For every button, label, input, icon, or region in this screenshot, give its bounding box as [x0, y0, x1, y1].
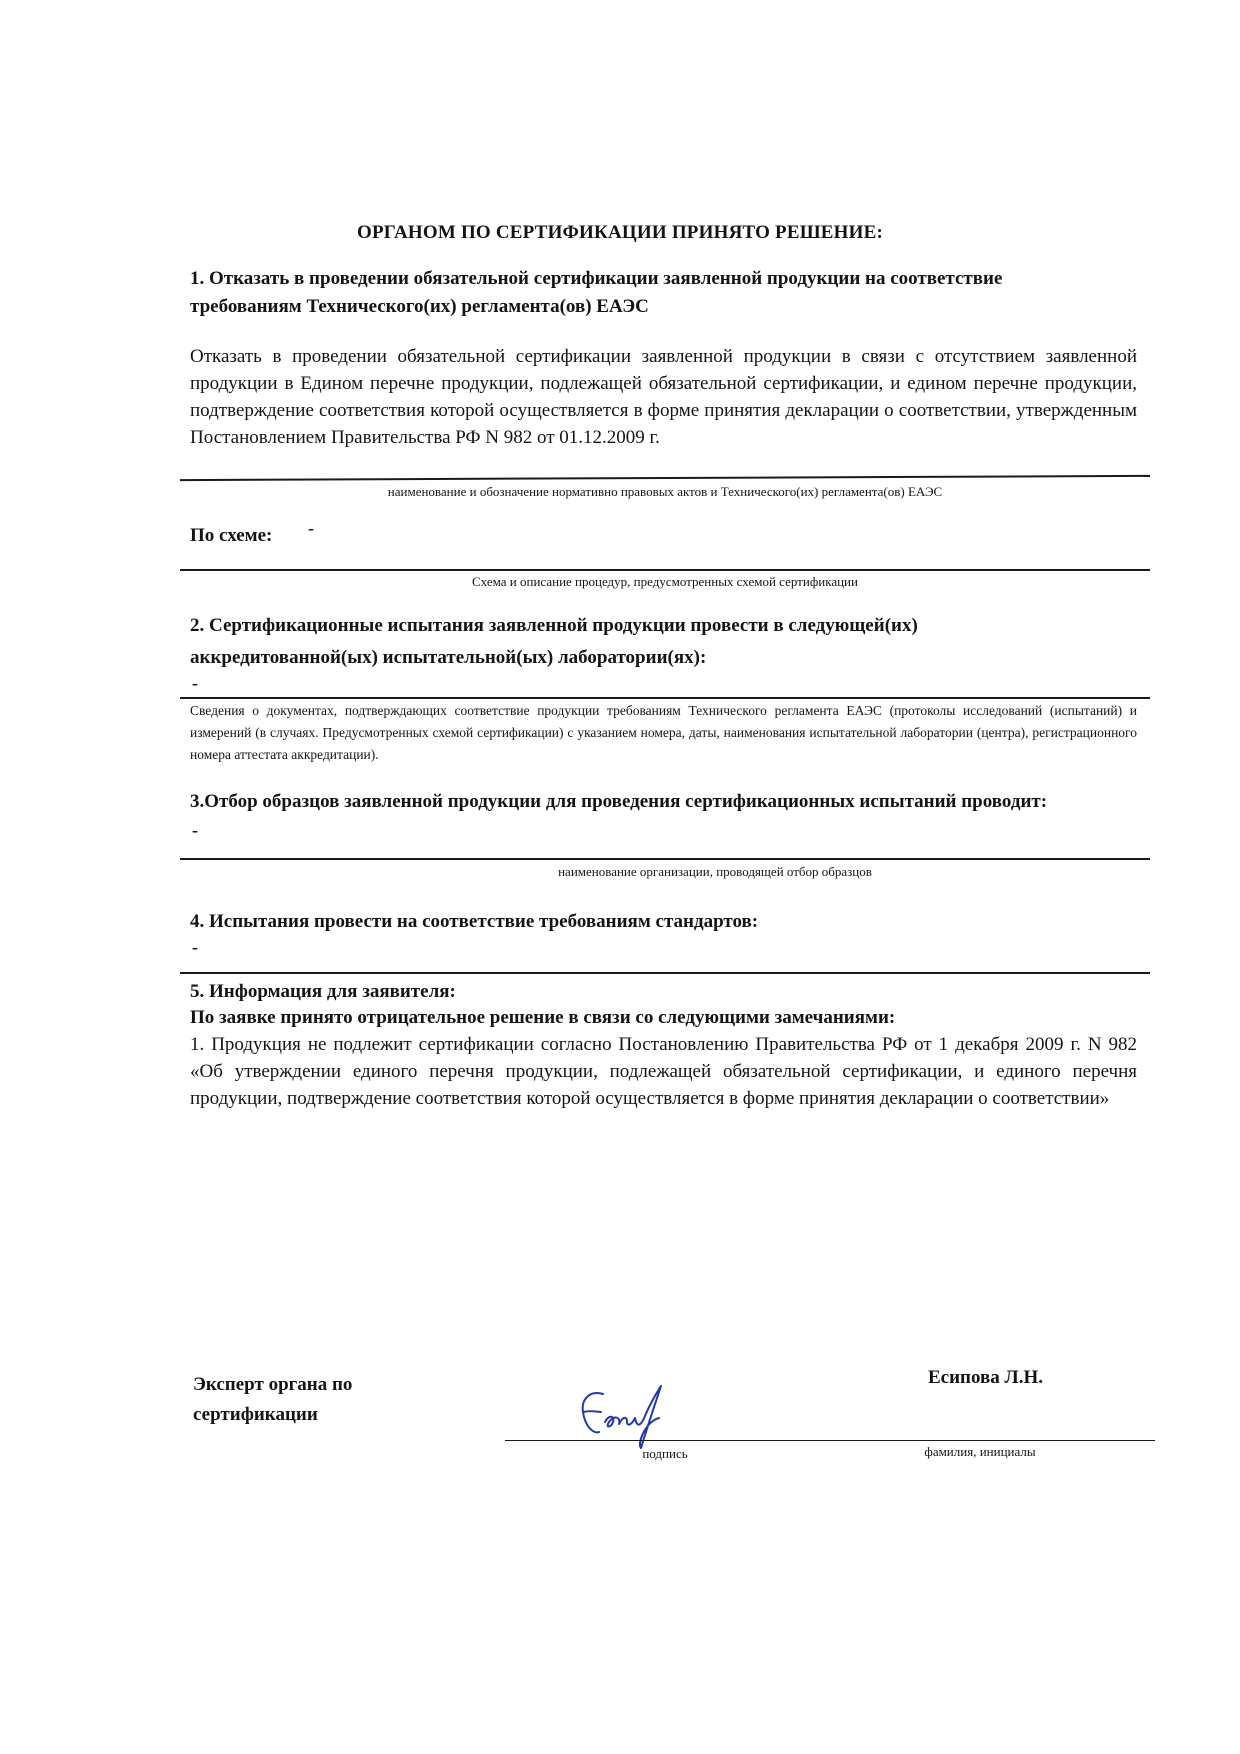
section-1-heading: 1. Отказать в проведении обязательной се… — [190, 265, 1090, 321]
signature-role-line2: сертификации — [193, 1401, 352, 1429]
section-2-heading-line1: 2. Сертификационные испытания заявленной… — [190, 612, 1090, 640]
scheme-caption: Схема и описание процедур, предусмотренн… — [180, 574, 1150, 590]
section-2-heading: 2. Сертификационные испытания заявленной… — [190, 612, 1090, 672]
section-5-subheading: По заявке принято отрицательное решение … — [190, 1004, 895, 1032]
section-3-heading: 3.Отбор образцов заявленной продукции дл… — [190, 788, 1150, 816]
section-2-caption: Сведения о документах, подтверждающих со… — [190, 700, 1137, 766]
section-3-caption: наименование организации, проводящей отб… — [280, 864, 1150, 880]
section-1-heading-line2: требованиям Технического(их) регламента(… — [190, 293, 1090, 321]
section-1-heading-line1: 1. Отказать в проведении обязательной се… — [190, 265, 1090, 293]
section-4-heading: 4. Испытания провести на соответствие тр… — [190, 908, 758, 936]
signature-caption: подпись — [615, 1446, 715, 1462]
section-2-value: - — [192, 673, 198, 694]
signature-line — [505, 1440, 1155, 1441]
name-caption: фамилия, инициалы — [900, 1444, 1060, 1460]
scheme-value: - — [308, 518, 314, 539]
section-1-body: Отказать в проведении обязательной серти… — [190, 343, 1137, 451]
section-3-value: - — [192, 820, 198, 841]
section-1-caption: наименование и обозначение нормативно пр… — [180, 484, 1150, 500]
section-4-divider — [180, 972, 1150, 974]
section-4-value: - — [192, 937, 198, 958]
scheme-divider — [180, 569, 1150, 571]
handwritten-signature — [575, 1382, 705, 1454]
signatory-name: Есипова Л.Н. — [928, 1364, 1043, 1392]
scheme-label: По схеме: — [190, 522, 272, 550]
section-5-heading: 5. Информация для заявителя: — [190, 978, 456, 1006]
page-title: ОРГАНОМ ПО СЕРТИФИКАЦИИ ПРИНЯТО РЕШЕНИЕ: — [0, 222, 1240, 244]
section-3-divider — [180, 858, 1150, 860]
section-2-divider — [180, 697, 1150, 699]
signature-role-line1: Эксперт органа по — [193, 1371, 352, 1399]
section-2-heading-line2: аккредитованной(ых) испытательной(ых) ла… — [190, 644, 1090, 672]
section-1-divider — [180, 475, 1150, 481]
signature-role: Эксперт органа по сертификации — [193, 1371, 352, 1429]
section-5-item: 1. Продукция не подлежит сертификации со… — [190, 1031, 1137, 1112]
